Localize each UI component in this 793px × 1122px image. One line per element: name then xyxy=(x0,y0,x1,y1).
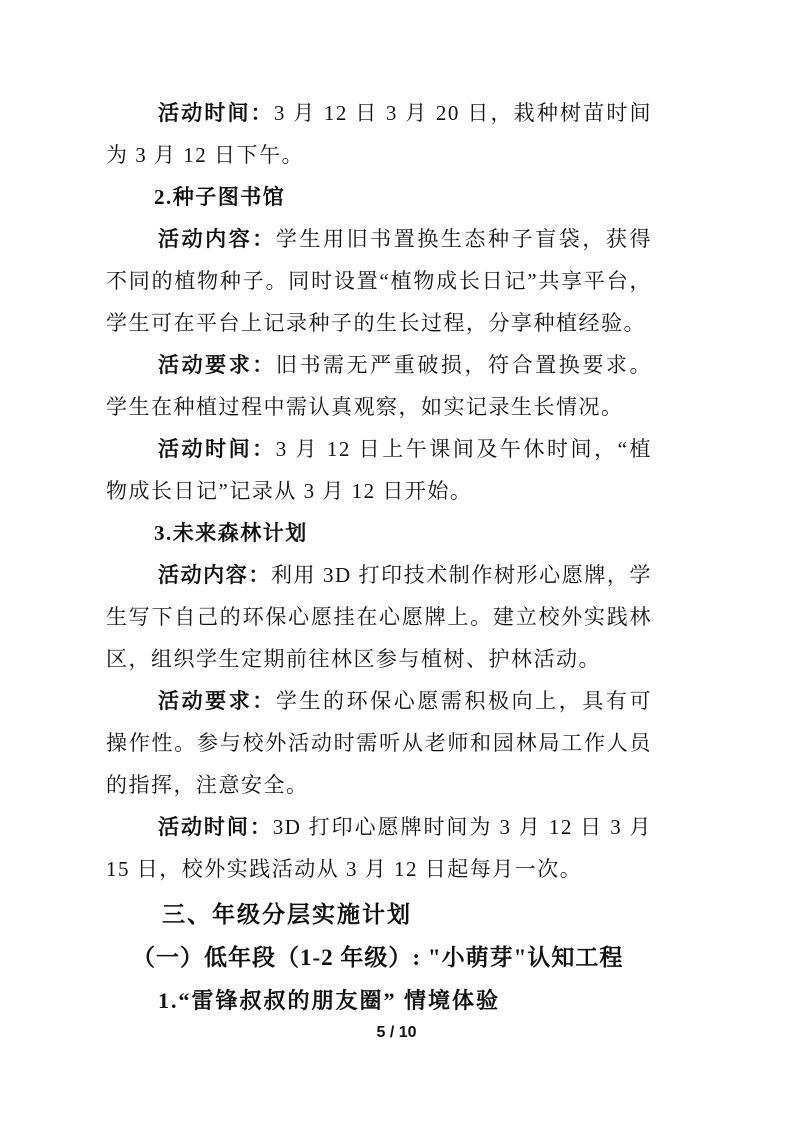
paragraph-label: 活动要求： xyxy=(158,689,276,713)
document-page: 活动时间：3 月 12 日 3 月 20 日，栽种树苗时间为 3 月 12 日下… xyxy=(0,0,793,1122)
document-body: 活动时间：3 月 12 日 3 月 20 日，栽种树苗时间为 3 月 12 日下… xyxy=(106,92,652,1022)
numbered-subheading: 2.种子图书馆 xyxy=(106,176,652,218)
item-heading: 1.“雷锋叔叔的朋友圈” 情境体验 xyxy=(106,980,652,1022)
body-paragraph: 活动时间：3 月 12 日上午课间及午休时间，“植物成长日记”记录从 3 月 1… xyxy=(106,428,652,512)
page-footer: 5 / 10 xyxy=(0,1024,793,1042)
page-number: 5 / 10 xyxy=(376,1024,416,1041)
numbered-subheading: 3.未来森林计划 xyxy=(106,512,652,554)
body-paragraph: 活动内容：利用 3D 打印技术制作树形心愿牌，学生写下自己的环保心愿挂在心愿牌上… xyxy=(106,554,652,680)
body-paragraph: 活动时间：3 月 12 日 3 月 20 日，栽种树苗时间为 3 月 12 日下… xyxy=(106,92,652,176)
body-paragraph: 活动内容：学生用旧书置换生态种子盲袋，获得不同的植物种子。同时设置“植物成长日记… xyxy=(106,218,652,344)
body-paragraph: 活动要求：旧书需无严重破损，符合置换要求。学生在种植过程中需认真观察，如实记录生… xyxy=(106,344,652,428)
body-paragraph: 活动时间：3D 打印心愿牌时间为 3 月 12 日 3 月 15 日，校外实践活… xyxy=(106,806,652,890)
section-heading: 三、年级分层实施计划 xyxy=(106,892,652,936)
subsection-heading: （一）低年段（1-2 年级）: "小萌芽"认知工程 xyxy=(106,936,652,980)
paragraph-label: 活动要求： xyxy=(158,353,276,377)
paragraph-label: 活动时间： xyxy=(158,815,273,839)
paragraph-label: 活动时间： xyxy=(158,101,274,125)
paragraph-label: 活动内容： xyxy=(158,227,276,251)
paragraph-label: 活动时间： xyxy=(158,437,276,461)
paragraph-label: 活动内容： xyxy=(158,563,271,587)
body-paragraph: 活动要求：学生的环保心愿需积极向上，具有可操作性。参与校外活动时需听从老师和园林… xyxy=(106,680,652,806)
